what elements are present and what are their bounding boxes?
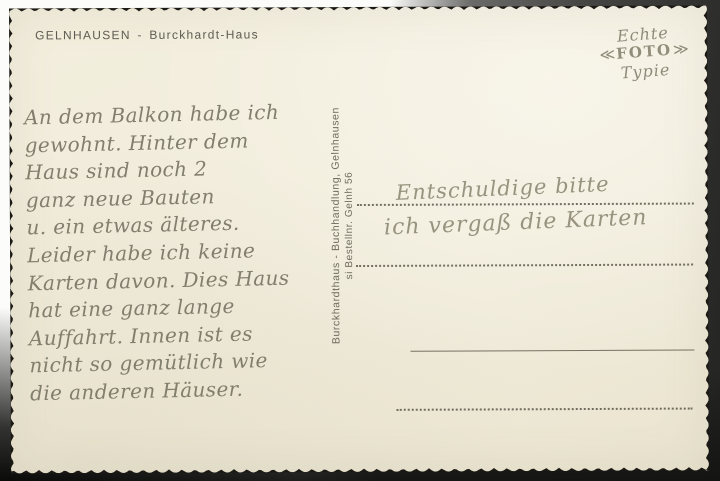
right-arrow-icon: ≫ (672, 41, 689, 57)
imprint-line: Burckhardthaus - Buchhandlung, Gelnhause… (329, 87, 343, 364)
address-solid-line (410, 350, 694, 352)
handwritten-note-line: ich vergaß die Karten (384, 205, 648, 240)
postcard-scan: { "scan": { "caption": "GELNHAUSEN - Bur… (0, 0, 720, 481)
handwritten-message: An dem Balkon habe ich gewohnt. Hinter d… (24, 97, 366, 408)
postcard-back: GELNHAUSEN - Burckhardt-Haus Echte ≪ FOT… (9, 5, 709, 473)
imprint-line: si Bestellnr. Gelnh 56 (342, 87, 356, 364)
address-dotted-line (356, 264, 693, 267)
postcard: GELNHAUSEN - Burckhardt-Haus Echte ≪ FOT… (9, 5, 709, 473)
logo-wordmark: FOTO (615, 43, 674, 62)
postcard-caption: GELNHAUSEN - Burckhardt-Haus (35, 27, 259, 42)
handwritten-note-line: Entschuldige bitte (395, 172, 610, 205)
address-dotted-line (397, 408, 693, 411)
fototypie-logo: Echte ≪ FOTO ≫ Typie (587, 21, 701, 85)
left-arrow-icon: ≪ (599, 47, 616, 63)
publisher-imprint-vertical: Burckhardthaus - Buchhandlung, Gelnhause… (329, 87, 364, 364)
